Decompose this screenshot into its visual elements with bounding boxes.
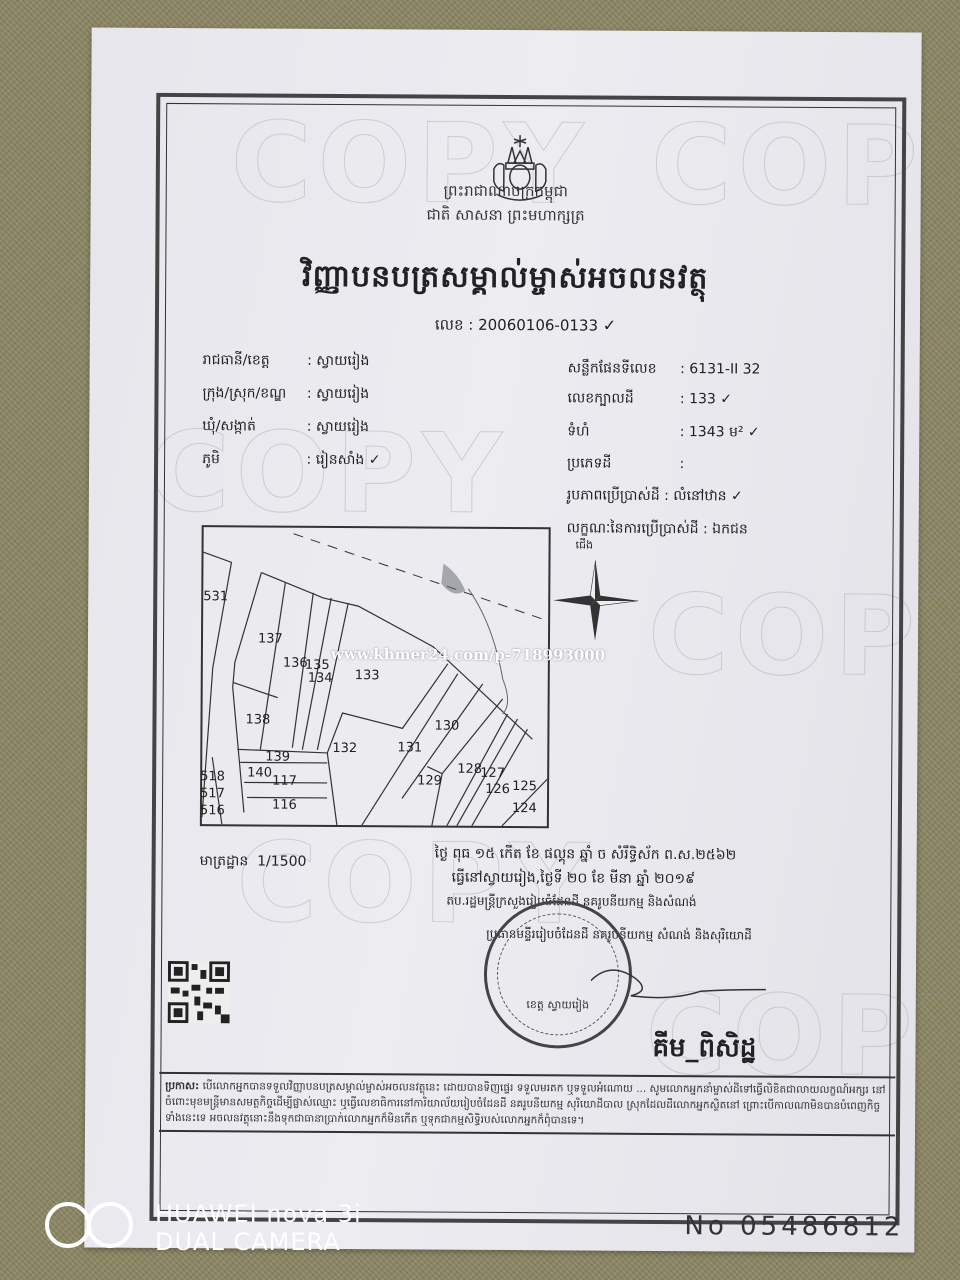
parcel-label: 517 [200, 786, 225, 801]
camera-subtitle: DUAL CAMERA [155, 1228, 362, 1256]
lunar-date: ថ្ងៃ ពុធ ១៥ កើត ខែ ផល្គុន ឆ្នាំ ច សំរឹទ្… [435, 844, 737, 867]
parcel-label: 134 [308, 671, 333, 686]
parcel-label: 131 [397, 740, 422, 755]
field-land-use-character: លក្ខណៈនៃការប្រើប្រាស់ដី : ឯកជន [567, 518, 748, 540]
parcel-label: 139 [265, 750, 290, 765]
document-number: លេខ : 20060106-0133 ✓ [435, 315, 616, 339]
north-label: ជើង [576, 538, 594, 554]
parcel-label: 130 [434, 719, 459, 734]
parcel-label: 125 [512, 779, 537, 794]
map-scale: មាត្រដ្ឋាន 1/1500 [200, 851, 307, 873]
field-village: ភូមិ : រៀនសាំង ✓ [202, 449, 381, 471]
qr-code [168, 961, 230, 1023]
doc-number-label: លេខ [435, 316, 464, 334]
field-area: ទំហំ : 1343 ម² ✓ [567, 421, 760, 443]
field-commune: ឃុំ/សង្កាត់ : ស្វាយរៀង [202, 416, 369, 438]
parcel-label: 140 [247, 765, 272, 780]
parcel-label: 126 [485, 782, 510, 797]
parcel-label: 132 [332, 741, 357, 756]
dual-camera-logo-icon [45, 1202, 135, 1250]
parcel-label: 129 [417, 773, 442, 788]
camera-brand: HUAWEI nova 3i [155, 1200, 362, 1228]
signer-name: គីម_ពិសិដ្ឋ [652, 1031, 756, 1070]
certificate-title: វិញ្ញាបនបត្រសម្គាល់ម្ចាស់អចលនវត្ថុ [90, 255, 920, 304]
parcel-label: 531 [203, 589, 228, 604]
field-province: រាជធានី/ខេត្ត : ស្វាយរៀង [203, 350, 370, 372]
parcel-label: 117 [272, 774, 297, 789]
notice-box: ប្រកាស: បើលោកអ្នកបានទទួលវិញ្ញាបនបត្រសម្គ… [159, 1072, 895, 1136]
certificate-paper: COPY COPY COPY COPY COPY COPY ព្រះរាជាណា… [84, 27, 921, 1252]
doc-number-value: 20060106-0133 [478, 316, 598, 335]
compass-rose-icon [553, 560, 638, 641]
parcel-label: 116 [272, 798, 297, 813]
parcel-label: 518 [200, 769, 225, 784]
parcel-label: 516 [200, 803, 225, 818]
parcel-label-target: 133 [355, 668, 380, 683]
field-map-sheet: សន្លឹកផែនទីលេខ : 6131-II 32 [568, 358, 761, 380]
parcel-label: 138 [245, 712, 270, 727]
field-land-type: ប្រភេទដី : [567, 453, 684, 475]
parcel-label: 128 [457, 762, 482, 777]
check-mark-icon: ✓ [603, 316, 617, 335]
field-district: ក្រុង/ស្រុក/ខណ្ឌ : ស្វាយរៀង [202, 383, 369, 405]
parcel-label: 137 [258, 632, 283, 647]
parcel-label: 124 [512, 801, 537, 816]
serial-number: No 05486812 [684, 1211, 904, 1242]
issue-date: ធ្វើនៅស្វាយរៀង,ថ្ងៃទី ២០ ខែ មីនា ឆ្នាំ ២… [451, 868, 695, 890]
field-parcel-number: លេខក្បាលដី : 133 ✓ [567, 388, 732, 410]
parcel-map: 531 137 136 135 134 133 138 139 140 117 … [200, 525, 551, 828]
khmer24-url-watermark: www.khmer24.com/p-718993000 [331, 645, 605, 665]
signature [591, 961, 771, 1012]
field-land-use: រូបភាពប្រើប្រាស់ដី : លំនៅឋាន ✓ [567, 485, 743, 507]
parcel-label: 127 [480, 766, 505, 781]
